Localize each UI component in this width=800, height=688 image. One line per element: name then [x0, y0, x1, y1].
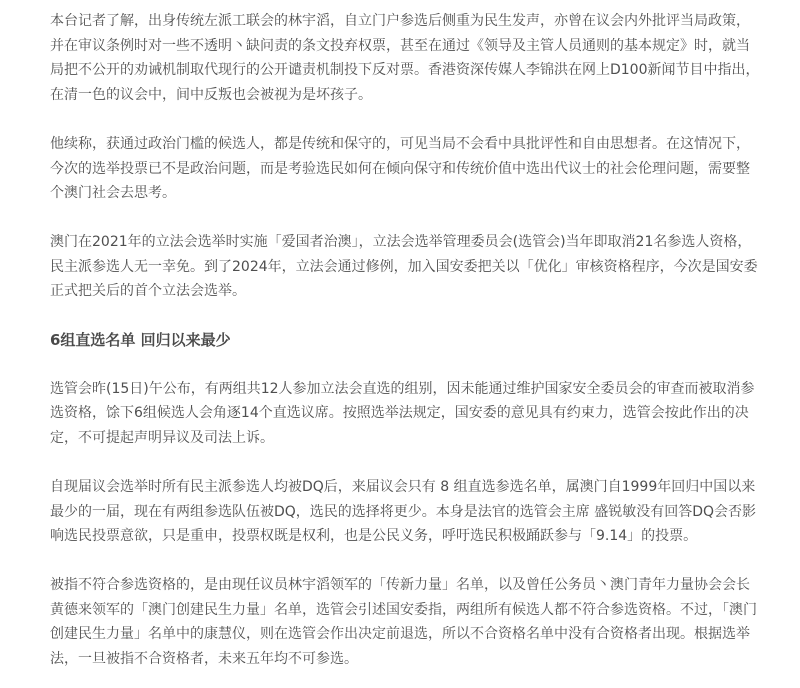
article-paragraph-4: 选管会昨(15日)午公布，有两组共12人参加立法会直选的组别，因未能通过维护国家…	[50, 377, 760, 451]
article-paragraph-5: 自现届议会选举时所有民主派参选人均被DQ后，来届议会只有 8 组直选参选名单，属…	[50, 475, 760, 549]
section-heading: 6组直选名单 回归以来最少	[50, 328, 760, 353]
article-paragraph-6: 被指不符合参选资格的，是由现任议员林宇滔领军的「传新力量」名单，以及曾任公务员丶…	[50, 573, 760, 672]
article-paragraph-2: 他续称，获通过政治门槛的候选人，都是传统和保守的，可见当局不会看中具批评性和自由…	[50, 132, 760, 206]
article-paragraph-3: 澳门在2021年的立法会选举时实施「爱国者治澳」，立法会选举管理委员会(选管会)…	[50, 230, 760, 304]
article-paragraph-1: 本台记者了解，出身传统左派工联会的林宇滔，自立门户参选后侧重为民生发声，亦曾在议…	[50, 9, 760, 108]
article-body: 本台记者了解，出身传统左派工联会的林宇滔，自立门户参选后侧重为民生发声，亦曾在议…	[0, 0, 800, 672]
